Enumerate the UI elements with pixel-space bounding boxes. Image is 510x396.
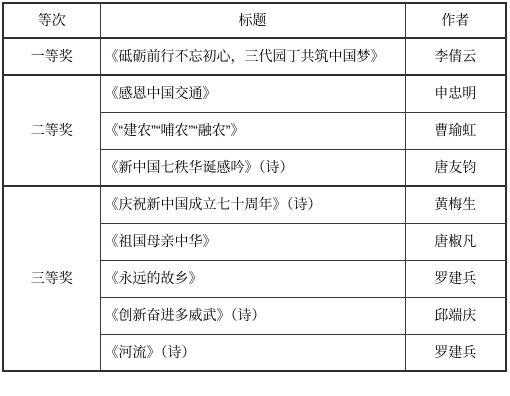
table-row: 二等奖 《感恩中国交通》 申忠明 — [3, 75, 506, 112]
author-cell: 唐友钧 — [405, 149, 506, 186]
column-header-rank: 等次 — [3, 3, 100, 38]
rank-cell-second-prize: 二等奖 — [3, 75, 100, 186]
rank-cell-third-prize: 三等奖 — [3, 186, 100, 371]
author-cell: 申忠明 — [405, 75, 506, 112]
author-cell: 曹瑜虹 — [405, 112, 506, 149]
author-cell: 邱端庆 — [405, 297, 506, 334]
author-cell: 罗建兵 — [405, 260, 506, 297]
column-header-author: 作者 — [405, 3, 506, 38]
table-header-row: 等次 标题 作者 — [3, 3, 506, 38]
table-row: 三等奖 《庆祝新中国成立七十周年》（诗） 黄梅生 — [3, 186, 506, 223]
title-cell: 《创新奋进多威武》（诗） — [100, 297, 405, 334]
title-cell: 《永远的故乡》 — [100, 260, 405, 297]
title-cell: 《“建农”“哺农”“融农”》 — [100, 112, 405, 149]
title-cell: 《新中国七秩华诞感吟》（诗） — [100, 149, 405, 186]
title-cell: 《河流》（诗） — [100, 334, 405, 371]
column-header-title: 标题 — [100, 3, 405, 38]
table-row: 一等奖 《砥砺前行不忘初心，三代园丁共筑中国梦》 李倩云 — [3, 38, 506, 75]
title-cell: 《庆祝新中国成立七十周年》（诗） — [100, 186, 405, 223]
author-cell: 李倩云 — [405, 38, 506, 75]
awards-table: 等次 标题 作者 一等奖 《砥砺前行不忘初心，三代园丁共筑中国梦》 李倩云 二等… — [2, 2, 507, 372]
author-cell: 唐椒凡 — [405, 223, 506, 260]
author-cell: 黄梅生 — [405, 186, 506, 223]
document-page: 等次 标题 作者 一等奖 《砥砺前行不忘初心，三代园丁共筑中国梦》 李倩云 二等… — [0, 2, 510, 396]
author-cell: 罗建兵 — [405, 334, 506, 371]
title-cell: 《感恩中国交通》 — [100, 75, 405, 112]
title-cell: 《祖国母亲中华》 — [100, 223, 405, 260]
rank-cell-first-prize: 一等奖 — [3, 38, 100, 75]
title-cell: 《砥砺前行不忘初心，三代园丁共筑中国梦》 — [100, 38, 405, 75]
